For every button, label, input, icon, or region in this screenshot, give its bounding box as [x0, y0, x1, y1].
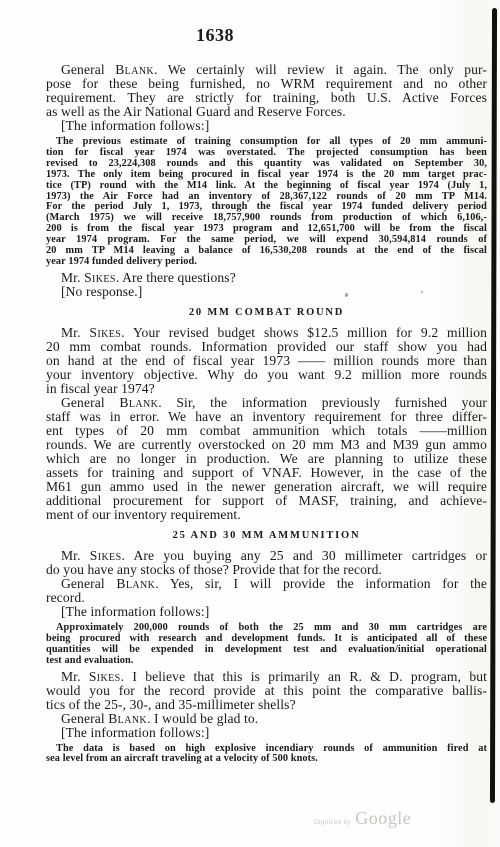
text-line: ent types of 20 mm combat ammunition whi…: [46, 424, 487, 438]
scan-speckle: [162, 279, 164, 281]
text-line: [The information follows:]: [46, 119, 487, 133]
text-line: M61 gun ammo used in the newer generatio…: [46, 480, 487, 494]
text-line: staff was in error. We have an inventory…: [46, 410, 487, 424]
text-line: General Blank. Sir, the information prev…: [46, 396, 487, 410]
record-insert-paragraph: Approximately 200,000 rounds of both the…: [46, 623, 487, 667]
text-line: in fiscal year 1974?: [46, 382, 487, 396]
record-insert-paragraph: The previous estimate of training consum…: [46, 137, 487, 268]
text-line: test and evaluation.: [46, 656, 487, 667]
text-line: assets for training and support of VNAF.…: [46, 466, 487, 480]
section-heading: 25 AND 30 MM AMMUNITION: [46, 529, 487, 542]
page-number: 1638: [0, 26, 430, 44]
text-line: sea level from an aircraft traveling at …: [46, 754, 487, 765]
text-line: General Blank. We certainly will review …: [46, 63, 487, 77]
book-binding-edge-line: [490, 8, 497, 803]
speaker-name: Sikes: [89, 325, 121, 340]
speaker-name: Blank: [108, 711, 147, 726]
text-line: Mr. Sikes. Are you buying any 25 and 30 …: [46, 549, 487, 563]
paragraph: General Blank. I would be glad to.: [46, 712, 487, 726]
text-line: 20 MM COMBAT ROUND: [46, 306, 487, 319]
speaker-name: Sikes: [90, 548, 122, 563]
text-line: on hand at the end of fiscal year 1973 —…: [46, 354, 487, 368]
text-line: General Blank. I would be glad to.: [46, 712, 487, 726]
text-line: 20 mm combat rounds. Information provide…: [46, 340, 487, 354]
speaker-name: Blank: [115, 62, 154, 77]
text-line: record.: [46, 591, 487, 605]
paragraph: [The information follows:]: [46, 119, 487, 133]
text-line: which are no longer in production. We ar…: [46, 452, 487, 466]
speaker-name: Sikes: [84, 270, 116, 285]
text-line: would you for the record provide at this…: [46, 684, 487, 698]
text-line: Mr. Sikes. I believe that this is primar…: [46, 670, 487, 684]
text-line: General Blank. Yes, sir, I will provide …: [46, 577, 487, 591]
text-line: pose for these being furnished, no WRM r…: [46, 77, 487, 91]
page-content: General Blank. We certainly will review …: [46, 63, 487, 768]
digitized-by-google-watermark: Digitized by Google: [314, 808, 411, 829]
text-line: additional procurement for support of MA…: [46, 494, 487, 508]
paragraph: General Blank. Yes, sir, I will provide …: [46, 577, 487, 605]
text-line: [The information follows:]: [46, 605, 487, 619]
text-line: quantities will be expended in developme…: [46, 645, 487, 656]
scan-speckle: [421, 291, 423, 293]
text-line: requirement. They are strictly for train…: [46, 91, 487, 105]
text-line: tice (TP) round with the M14 link. At th…: [46, 181, 487, 192]
watermark-prefix: Digitized by: [314, 819, 351, 826]
speaker-name: Blank: [116, 576, 155, 591]
text-line: do you have any stocks of those? Provide…: [46, 563, 487, 577]
paragraph: General Blank. Sir, the information prev…: [46, 396, 487, 522]
paragraph: Mr. Sikes. Are you buying any 25 and 30 …: [46, 549, 487, 577]
text-line: Mr. Sikes. Your revised budget shows $12…: [46, 326, 487, 340]
section-heading: 20 MM COMBAT ROUND: [46, 306, 487, 319]
google-logo-text: Google: [355, 808, 411, 829]
text-line: rounds. We are currently overstocked on …: [46, 438, 487, 452]
paragraph: [The information follows:]: [46, 726, 487, 740]
text-line: your inventory objective. Why do you wan…: [46, 368, 487, 382]
paragraph: General Blank. We certainly will review …: [46, 63, 487, 119]
record-insert-paragraph: The data is based on high explosive ince…: [46, 744, 487, 766]
speaker-name: Blank: [119, 395, 158, 410]
text-line: 1973. The only item being procured in fi…: [46, 170, 487, 181]
text-line: ment of our inventory requirement.: [46, 508, 487, 522]
text-line: Mr. Sikes. Are there questions?: [46, 271, 487, 285]
text-line: 25 AND 30 MM AMMUNITION: [46, 529, 487, 542]
paragraph: [The information follows:]: [46, 605, 487, 619]
paragraph: Mr. Sikes. Your revised budget shows $12…: [46, 326, 487, 396]
text-line: year 1974 funded delivery period.: [46, 257, 487, 268]
text-line: [The information follows:]: [46, 726, 487, 740]
paragraph: Mr. Sikes. I believe that this is primar…: [46, 670, 487, 712]
speaker-name: Sikes: [89, 669, 121, 684]
scanned-document-page: 1638 General Blank. We certainly will re…: [0, 0, 500, 847]
text-line: tics of the 25-, 30-, and 35-millimeter …: [46, 698, 487, 712]
text-line: as well as the Air National Guard and Re…: [46, 105, 487, 119]
paragraph: Mr. Sikes. Are there questions?: [46, 271, 487, 285]
